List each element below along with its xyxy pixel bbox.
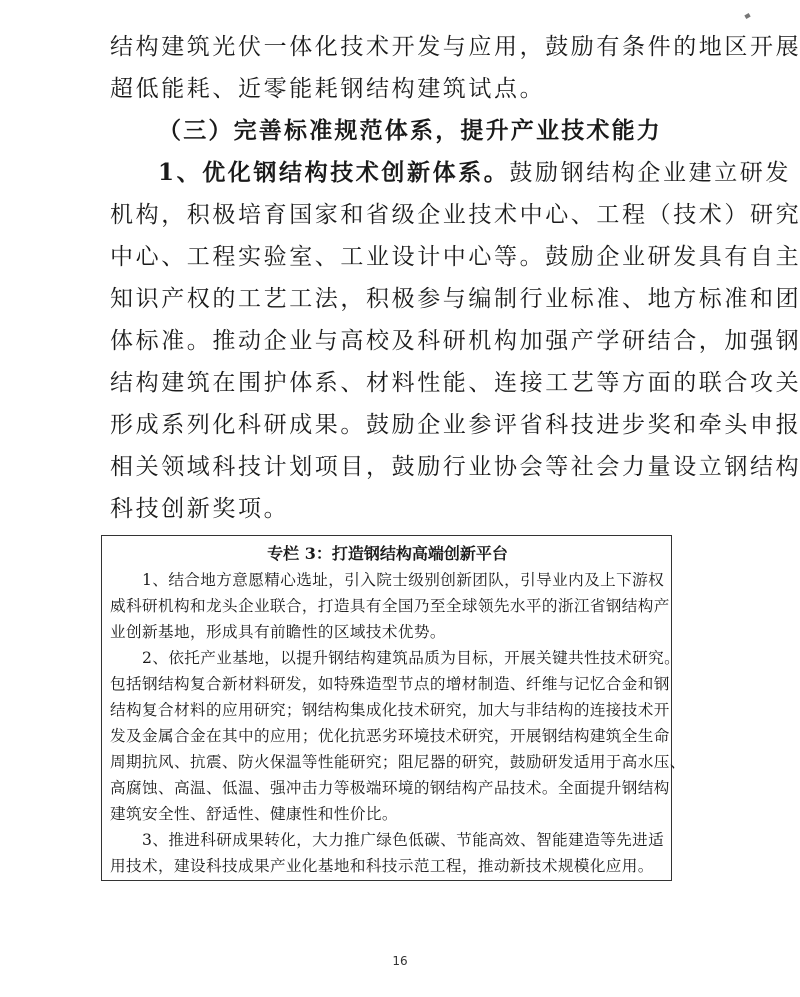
paragraph-line: 相关领域科技计划项目，鼓励行业协会等社会力量设立钢结构 <box>110 446 692 488</box>
section-heading: （三）完善标准规范体系，提升产业技术能力 <box>110 110 692 152</box>
box-line: 3、推进科研成果转化，大力推广绿色低碳、节能高效、智能建造等先进适 <box>110 827 665 853</box>
box-line: 发及金属合金在其中的应用；优化抗恶劣环境技术研究，开展钢结构建筑全生命 <box>110 723 665 749</box>
box-line: 包括钢结构复合新材料研发，如特殊造型节点的增材制造、纤维与记忆合金和钢 <box>110 671 665 697</box>
box-line: 2、依托产业基地，以提升钢结构建筑品质为目标，开展关键共性技术研究。 <box>110 645 665 671</box>
paragraph-line: 中心、工程实验室、工业设计中心等。鼓励企业研发具有自主 <box>110 236 692 278</box>
box-line: 威科研机构和龙头企业联合，打造具有全国乃至全球领先水平的浙江省钢结构产 <box>110 593 665 619</box>
box-line: 结构复合材料的应用研究；钢结构集成化技术研究，加大与非结构的连接技术开 <box>110 697 665 723</box>
paragraph-line: 科技创新奖项。 <box>110 488 692 530</box>
paragraph-line: 机构，积极培育国家和省级企业技术中心、工程（技术）研究 <box>110 194 692 236</box>
paragraph-line: 体标准。推动企业与高校及科研机构加强产学研结合，加强钢 <box>110 320 692 362</box>
box-line: 1、结合地方意愿精心选址，引入院士级别创新团队，引导业内及上下游权 <box>110 567 665 593</box>
item-1-lead: 1、优化钢结构技术创新体系。 <box>158 159 509 186</box>
paragraph-line: 超低能耗、近零能耗钢结构建筑试点。 <box>110 68 692 110</box>
paragraph-line: 结构建筑在围护体系、材料性能、连接工艺等方面的联合攻关， <box>110 362 692 404</box>
box-line: 高腐蚀、高温、低温、强冲击力等极端环境的钢结构产品技术。全面提升钢结构 <box>110 775 665 801</box>
paragraph-line: 结构建筑光伏一体化技术开发与应用，鼓励有条件的地区开展 <box>110 26 692 68</box>
scan-mark <box>744 13 750 19</box>
box-line: 业创新基地，形成具有前瞻性的区域技术优势。 <box>110 619 665 645</box>
box-line: 建筑安全性、舒适性、健康性和性价比。 <box>110 801 665 827</box>
item-1-rest: 鼓励钢结构企业建立研发 <box>509 160 791 186</box>
sidebar-box: 专栏 3：打造钢结构高端创新平台 1、结合地方意愿精心选址，引入院士级别创新团队… <box>101 535 672 881</box>
paragraph-line: 形成系列化科研成果。鼓励企业参评省科技进步奖和牵头申报 <box>110 404 692 446</box>
box-line: 用技术，建设科技成果产业化基地和科技示范工程，推动新技术规模化应用。 <box>110 853 665 879</box>
document-body: 结构建筑光伏一体化技术开发与应用，鼓励有条件的地区开展 超低能耗、近零能耗钢结构… <box>110 26 692 530</box>
paragraph-line: 知识产权的工艺工法，积极参与编制行业标准、地方标准和团 <box>110 278 692 320</box>
box-line: 周期抗风、抗震、防火保温等性能研究；阻尼器的研究，鼓励研发适用于高水压、 <box>110 749 665 775</box>
page-number: 16 <box>0 954 800 968</box>
box-title: 专栏 3：打造钢结构高端创新平台 <box>110 540 665 567</box>
item-1-first-line: 1、优化钢结构技术创新体系。鼓励钢结构企业建立研发 <box>110 152 692 194</box>
